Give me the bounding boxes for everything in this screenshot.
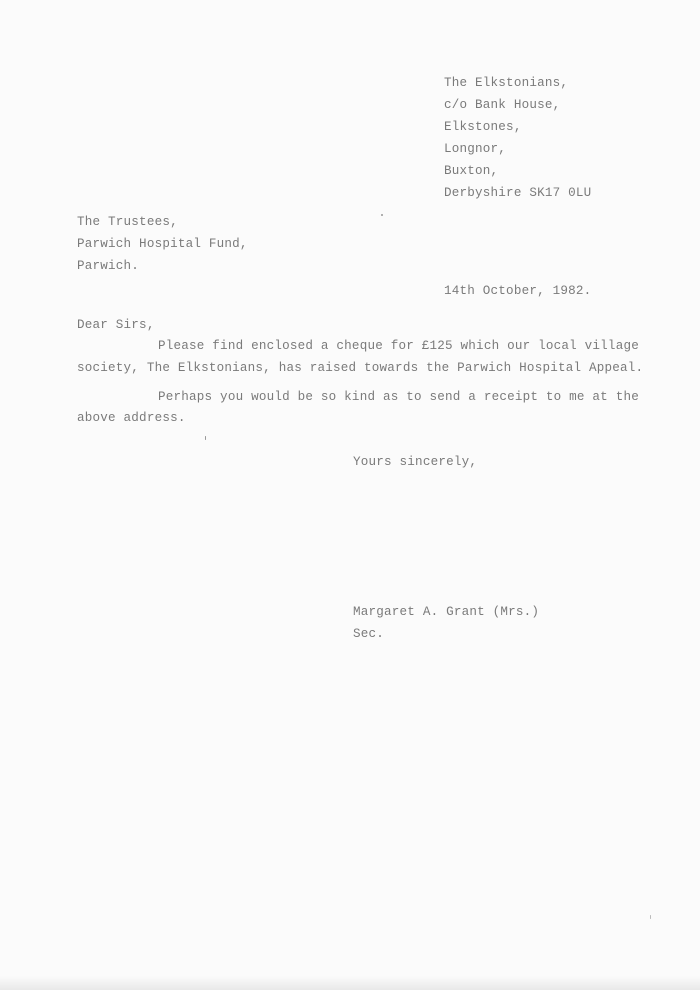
sender-address-line: The Elkstonians, <box>444 75 568 91</box>
body-paragraph-1-line-2: society, The Elkstonians, has raised tow… <box>77 360 643 376</box>
sender-address-line: c/o Bank House, <box>444 97 560 113</box>
body-paragraph-2-line-2: above address. <box>77 410 186 426</box>
body-paragraph-1-line-1: Please find enclosed a cheque for £125 w… <box>158 338 639 354</box>
sender-address-line: Derbyshire SK17 0LU <box>444 185 591 201</box>
recipient-address-line: The Trustees, <box>77 214 178 230</box>
letter-page: The Elkstonians, c/o Bank House, Elkston… <box>0 0 700 990</box>
closing: Yours sincerely, <box>353 454 477 470</box>
recipient-address-line: Parwich. <box>77 258 139 274</box>
body-paragraph-2-line-1: Perhaps you would be so kind as to send … <box>158 389 639 405</box>
sender-address-line: Elkstones, <box>444 119 522 135</box>
sender-address-line: Buxton, <box>444 163 498 179</box>
page-bottom-edge <box>0 976 700 990</box>
paper-speck <box>381 214 383 216</box>
signatory-name: Margaret A. Grant (Mrs.) <box>353 604 539 620</box>
sender-address-line: Longnor, <box>444 141 506 157</box>
salutation: Dear Sirs, <box>77 317 155 333</box>
signatory-title: Sec. <box>353 626 384 642</box>
letter-date: 14th October, 1982. <box>444 283 591 299</box>
paper-speck <box>650 915 651 919</box>
recipient-address-line: Parwich Hospital Fund, <box>77 236 248 252</box>
paper-speck <box>205 436 206 440</box>
